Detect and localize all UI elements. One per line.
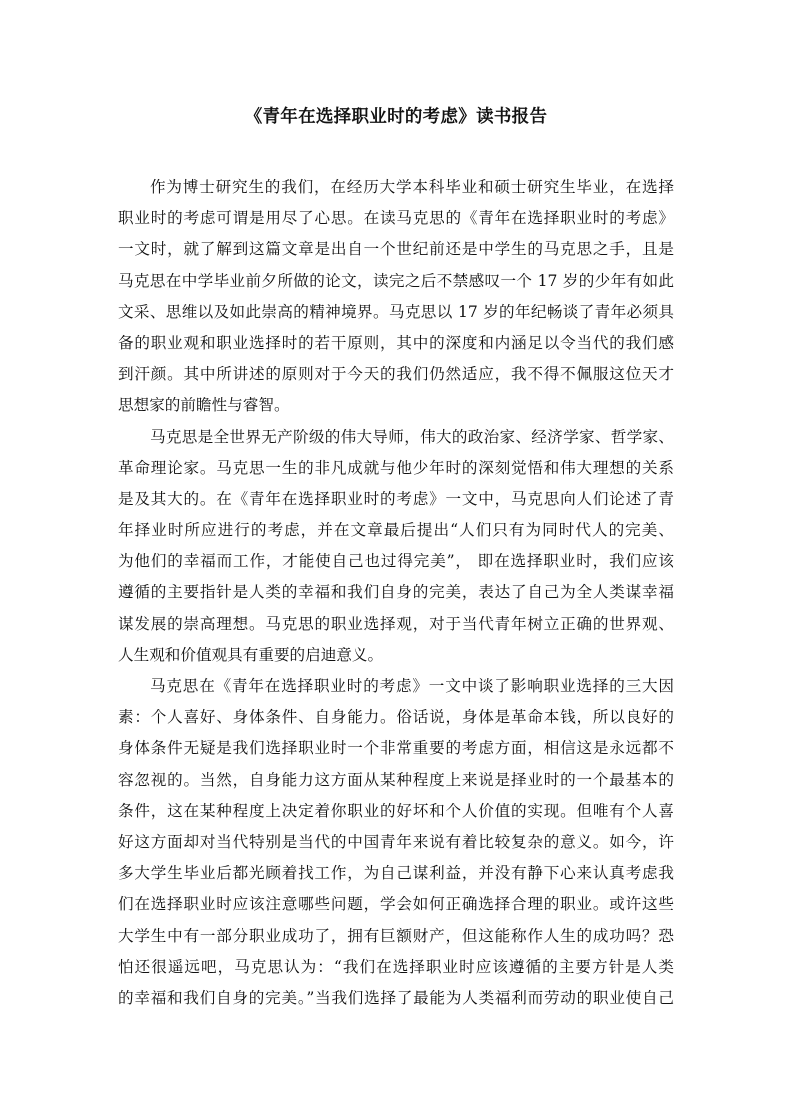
paragraph-1: 作为博士研究生的我们，在经历大学本科毕业和硕士研究生毕业，在选择 职业时的考虑可… (118, 172, 674, 422)
paragraph-3: 马克思在《青年在选择职业时的考虑》一文中谈了影响职业选择的三大因 素：个人喜好、… (118, 671, 674, 1014)
text-line: 年择业时所应进行的考虑，并在文章最后提出“人们只有为同时代人的完美、 (118, 515, 674, 546)
text-line: 素：个人喜好、身体条件、自身能力。俗话说，身体是革命本钱，所以良好的 (118, 702, 674, 733)
text-line: 怕还很遥远吧，马克思认为：“我们在选择职业时应该遵循的主要方针是人类 (118, 952, 674, 983)
document-page: 《青年在选择职业时的考虑》读书报告 作为博士研究生的我们，在经历大学本科毕业和硕… (0, 0, 792, 1120)
paragraph-2: 马克思是全世界无产阶级的伟大导师，伟大的政治家、经济学家、哲学家、 革命理论家。… (118, 422, 674, 672)
text-line: 革命理论家。马克思一生的非凡成就与他少年时的深刻觉悟和伟大理想的关系 (118, 453, 674, 484)
text-line: 职业时的考虑可谓是用尽了心思。在读马克思的《青年在选择职业时的考虑》 (118, 203, 674, 234)
text-line: 条件，这在某种程度上决定着你职业的好坏和个人价值的实现。但唯有个人喜 (118, 796, 674, 827)
text-line: 大学生中有一部分职业成功了，拥有巨额财产，但这能称作人生的成功吗？恐 (118, 921, 674, 952)
text-line: 多大学生毕业后都光顾着找工作，为自己谋利益，并没有静下心来认真考虑我 (118, 858, 674, 889)
text-line: 马克思在《青年在选择职业时的考虑》一文中谈了影响职业选择的三大因 (118, 671, 674, 702)
text-line: 为他们的幸福而工作，才能使自己也过得完美”， 即在选择职业时，我们应该 (118, 546, 674, 577)
text-line: 好这方面却对当代特别是当代的中国青年来说有着比较复杂的意义。如今，许 (118, 827, 674, 858)
text-line: 文采、思维以及如此崇高的精神境界。马克思以 17 岁的年纪畅谈了青年必须具 (118, 297, 674, 328)
text-line: 谋发展的崇高理想。马克思的职业选择观，对于当代青年树立正确的世界观、 (118, 609, 674, 640)
text-line: 容忽视的。当然，自身能力这方面从某种程度上来说是择业时的一个最基本的 (118, 765, 674, 796)
text-line: 的幸福和我们自身的完美。”当我们选择了最能为人类福利而劳动的职业使自己 (118, 983, 674, 1014)
text-line: 们在选择职业时应该注意哪些问题，学会如何正确选择合理的职业。或许这些 (118, 889, 674, 920)
document-body: 作为博士研究生的我们，在经历大学本科毕业和硕士研究生毕业，在选择 职业时的考虑可… (118, 172, 674, 1014)
text-line: 到汗颜。其中所讲述的原则对于今天的我们仍然适应，我不得不佩服这位天才 (118, 359, 674, 390)
text-line: 思想家的前瞻性与睿智。 (118, 390, 674, 421)
text-line: 马克思是全世界无产阶级的伟大导师，伟大的政治家、经济学家、哲学家、 (118, 422, 674, 453)
text-line: 身体条件无疑是我们选择职业时一个非常重要的考虑方面，相信这是永远都不 (118, 733, 674, 764)
text-line: 备的职业观和职业选择时的若干原则，其中的深度和内涵足以令当代的我们感 (118, 328, 674, 359)
text-line: 一文时，就了解到这篇文章是出自一个世纪前还是中学生的马克思之手，且是 (118, 234, 674, 265)
text-line: 遵循的主要指针是人类的幸福和我们自身的完美，表达了自己为全人类谋幸福 (118, 577, 674, 608)
text-line: 人生观和价值观具有重要的启迪意义。 (118, 640, 674, 671)
text-line: 是及其大的。在《青年在选择职业时的考虑》一文中，马克思向人们论述了青 (118, 484, 674, 515)
text-line: 作为博士研究生的我们，在经历大学本科毕业和硕士研究生毕业，在选择 (118, 172, 674, 203)
document-title: 《青年在选择职业时的考虑》读书报告 (0, 104, 792, 130)
text-line: 马克思在中学毕业前夕所做的论文，读完之后不禁感叹一个 17 岁的少年有如此 (118, 266, 674, 297)
